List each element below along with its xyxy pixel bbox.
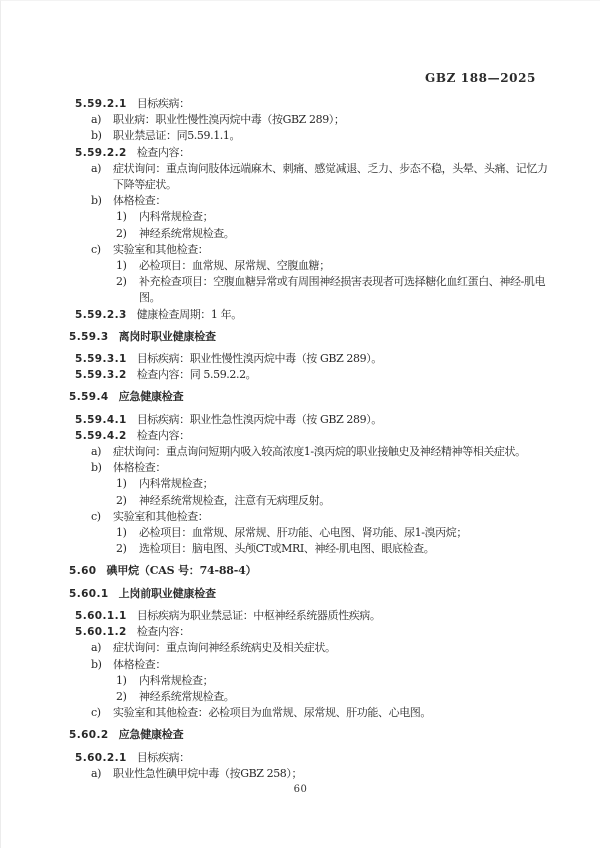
section-title: 上岗前职业健康检查 [119, 586, 550, 602]
clause-number: 5.60.1.2 [75, 624, 127, 640]
list-marker: 2) [116, 493, 139, 509]
list-item-b: b) 体格检查： [91, 460, 550, 476]
clause-text: 目标疾病： [137, 96, 550, 112]
clause-text: 检查内容： [137, 624, 550, 640]
list-item-text: 神经系统常规检查，注意有无病理反射。 [139, 493, 550, 509]
list-item-b: b) 体格检查： [91, 657, 550, 673]
list-marker: 1) [116, 258, 139, 274]
numbered-subitem-2: 2) 神经系统常规检查。 [116, 226, 550, 242]
section-title: 离岗时职业健康检查 [119, 329, 550, 345]
numbered-subitem-2: 2) 神经系统常规检查，注意有无病理反射。 [116, 493, 550, 509]
list-marker: a) [91, 112, 113, 128]
section-heading-5-60-1: 5.60.1 上岗前职业健康检查 [69, 586, 550, 602]
clause-number: 5.59.4.2 [75, 428, 127, 444]
clause-number: 5.60.2.1 [75, 750, 127, 766]
clause-5-59-2-3: 5.59.2.3 健康检查周期：1 年。 [75, 307, 550, 323]
list-item-text: 补充检查项目：空腹血糖异常或有周围神经损害表现者可选择糖化血红蛋白、神经-肌电图… [139, 274, 550, 306]
clause-text: 检查内容：同 5.59.2.2。 [137, 367, 550, 383]
list-marker: a) [91, 161, 113, 177]
list-item-a: a) 症状询问：重点询问短期内吸入较高浓度1-溴丙烷的职业接触史及神经精神等相关… [91, 444, 550, 460]
numbered-subitem-1: 1) 内科常规检查； [116, 673, 550, 689]
section-title: 碘甲烷（CAS 号：74-88-4） [107, 563, 550, 579]
clause-number: 5.59.3.2 [75, 367, 127, 383]
numbered-subitem-2: 2) 补充检查项目：空腹血糖异常或有周围神经损害表现者可选择糖化血红蛋白、神经-… [116, 274, 550, 306]
numbered-subitem-1: 1) 必检项目：血常规、尿常规、空腹血糖； [116, 258, 550, 274]
clause-5-60-1-1: 5.60.1.1 目标疾病为职业禁忌证：中枢神经系统器质性疾病。 [75, 608, 550, 624]
section-title: 应急健康检查 [119, 727, 550, 743]
list-item-text: 职业禁忌证：同5.59.1.1。 [113, 128, 550, 144]
numbered-subitem-2: 2) 选检项目：脑电图、头颅CT或MRI、神经-肌电图、眼底检查。 [116, 541, 550, 557]
list-item-b: b) 体格检查： [91, 193, 550, 209]
section-number: 5.59.3 [69, 329, 109, 345]
list-item-text: 体格检查： [113, 657, 550, 673]
clause-text: 目标疾病为职业禁忌证：中枢神经系统器质性疾病。 [137, 608, 550, 624]
list-item-text: 内科常规检查； [139, 673, 550, 689]
page-number: 60 [1, 784, 600, 795]
list-marker: 1) [116, 209, 139, 225]
list-item-c: c) 实验室和其他检查： [91, 509, 550, 525]
list-marker: 2) [116, 274, 139, 290]
clause-text: 检查内容： [137, 145, 550, 161]
list-item-text: 内科常规检查； [139, 476, 550, 492]
clause-number: 5.59.2.1 [75, 96, 127, 112]
list-item-a: a) 职业性急性碘甲烷中毒（按GBZ 258）； [91, 766, 550, 782]
section-number: 5.60 [69, 563, 97, 579]
list-item-a: a) 症状询问：重点询问神经系统病史及相关症状。 [91, 640, 550, 656]
clause-5-59-3-1: 5.59.3.1 目标疾病：职业性慢性溴丙烷中毒（按 GBZ 289）。 [75, 351, 550, 367]
section-heading-5-59-3: 5.59.3 离岗时职业健康检查 [69, 329, 550, 345]
clause-5-59-2-1: 5.59.2.1 目标疾病： [75, 96, 550, 112]
section-number: 5.59.4 [69, 389, 109, 405]
list-marker: b) [91, 657, 113, 673]
section-heading-5-60: 5.60 碘甲烷（CAS 号：74-88-4） [69, 563, 550, 579]
numbered-subitem-1: 1) 内科常规检查； [116, 209, 550, 225]
list-item-text: 体格检查： [113, 193, 550, 209]
clause-5-59-3-2: 5.59.3.2 检查内容：同 5.59.2.2。 [75, 367, 550, 383]
list-marker: a) [91, 640, 113, 656]
list-marker: c) [91, 242, 113, 258]
list-marker: b) [91, 128, 113, 144]
list-item-text: 职业病：职业性慢性溴丙烷中毒（按GBZ 289）； [113, 112, 550, 128]
list-item-text: 症状询问：重点询问肢体远端麻木、刺痛、感觉减退、乏力、步态不稳，头晕、头痛、记忆… [113, 161, 550, 193]
list-marker: c) [91, 705, 113, 721]
clause-5-59-4-1: 5.59.4.1 目标疾病：职业性急性溴丙烷中毒（按 GBZ 289）。 [75, 412, 550, 428]
clause-text: 健康检查周期：1 年。 [137, 307, 550, 323]
list-marker: 1) [116, 476, 139, 492]
clause-number: 5.59.2.2 [75, 145, 127, 161]
standard-code-header: GBZ 188—2025 [425, 71, 536, 85]
list-marker: a) [91, 444, 113, 460]
list-item-a: a) 职业病：职业性慢性溴丙烷中毒（按GBZ 289）； [91, 112, 550, 128]
list-item-text: 内科常规检查； [139, 209, 550, 225]
list-marker: c) [91, 509, 113, 525]
clause-number: 5.59.3.1 [75, 351, 127, 367]
list-item-text: 必检项目：血常规、尿常规、肝功能、心电图、肾功能、尿1-溴丙烷； [139, 525, 550, 541]
clause-5-60-1-2: 5.60.1.2 检查内容： [75, 624, 550, 640]
list-item-text: 神经系统常规检查。 [139, 226, 550, 242]
section-title: 应急健康检查 [119, 389, 550, 405]
list-item-text: 症状询问：重点询问神经系统病史及相关症状。 [113, 640, 550, 656]
list-marker: b) [91, 193, 113, 209]
section-number: 5.60.2 [69, 727, 109, 743]
list-marker: 2) [116, 226, 139, 242]
list-item-text: 实验室和其他检查： [113, 242, 550, 258]
clause-text: 目标疾病：职业性慢性溴丙烷中毒（按 GBZ 289）。 [137, 351, 550, 367]
list-item-text: 神经系统常规检查。 [139, 689, 550, 705]
list-item-text: 实验室和其他检查： [113, 509, 550, 525]
section-number: 5.60.1 [69, 586, 109, 602]
clause-number: 5.60.1.1 [75, 608, 127, 624]
list-marker: 1) [116, 673, 139, 689]
list-item-text: 职业性急性碘甲烷中毒（按GBZ 258）； [113, 766, 550, 782]
numbered-subitem-1: 1) 内科常规检查； [116, 476, 550, 492]
list-item-text: 选检项目：脑电图、头颅CT或MRI、神经-肌电图、眼底检查。 [139, 541, 550, 557]
document-page: GBZ 188—2025 5.59.2.1 目标疾病： a) 职业病：职业性慢性… [0, 0, 600, 848]
clause-5-59-2-2: 5.59.2.2 检查内容： [75, 145, 550, 161]
numbered-subitem-2: 2) 神经系统常规检查。 [116, 689, 550, 705]
list-marker: a) [91, 766, 113, 782]
list-item-text: 必检项目：血常规、尿常规、空腹血糖； [139, 258, 550, 274]
list-item-b: b) 职业禁忌证：同5.59.1.1。 [91, 128, 550, 144]
list-item-c: c) 实验室和其他检查： [91, 242, 550, 258]
section-heading-5-59-4: 5.59.4 应急健康检查 [69, 389, 550, 405]
clause-5-59-4-2: 5.59.4.2 检查内容： [75, 428, 550, 444]
clause-number: 5.59.2.3 [75, 307, 127, 323]
list-item-text: 实验室和其他检查：必检项目为血常规、尿常规、肝功能、心电图。 [113, 705, 550, 721]
section-heading-5-60-2: 5.60.2 应急健康检查 [69, 727, 550, 743]
list-marker: 1) [116, 525, 139, 541]
clause-text: 检查内容： [137, 428, 550, 444]
clause-text: 目标疾病： [137, 750, 550, 766]
list-marker: b) [91, 460, 113, 476]
list-item-c: c) 实验室和其他检查：必检项目为血常规、尿常规、肝功能、心电图。 [91, 705, 550, 721]
list-item-a: a) 症状询问：重点询问肢体远端麻木、刺痛、感觉减退、乏力、步态不稳，头晕、头痛… [91, 161, 550, 193]
list-item-text: 症状询问：重点询问短期内吸入较高浓度1-溴丙烷的职业接触史及神经精神等相关症状。 [113, 444, 550, 460]
clause-text: 目标疾病：职业性急性溴丙烷中毒（按 GBZ 289）。 [137, 412, 550, 428]
clause-number: 5.59.4.1 [75, 412, 127, 428]
list-marker: 2) [116, 689, 139, 705]
list-marker: 2) [116, 541, 139, 557]
list-item-text: 体格检查： [113, 460, 550, 476]
document-body: 5.59.2.1 目标疾病： a) 职业病：职业性慢性溴丙烷中毒（按GBZ 28… [69, 96, 550, 782]
clause-5-60-2-1: 5.60.2.1 目标疾病： [75, 750, 550, 766]
numbered-subitem-1: 1) 必检项目：血常规、尿常规、肝功能、心电图、肾功能、尿1-溴丙烷； [116, 525, 550, 541]
